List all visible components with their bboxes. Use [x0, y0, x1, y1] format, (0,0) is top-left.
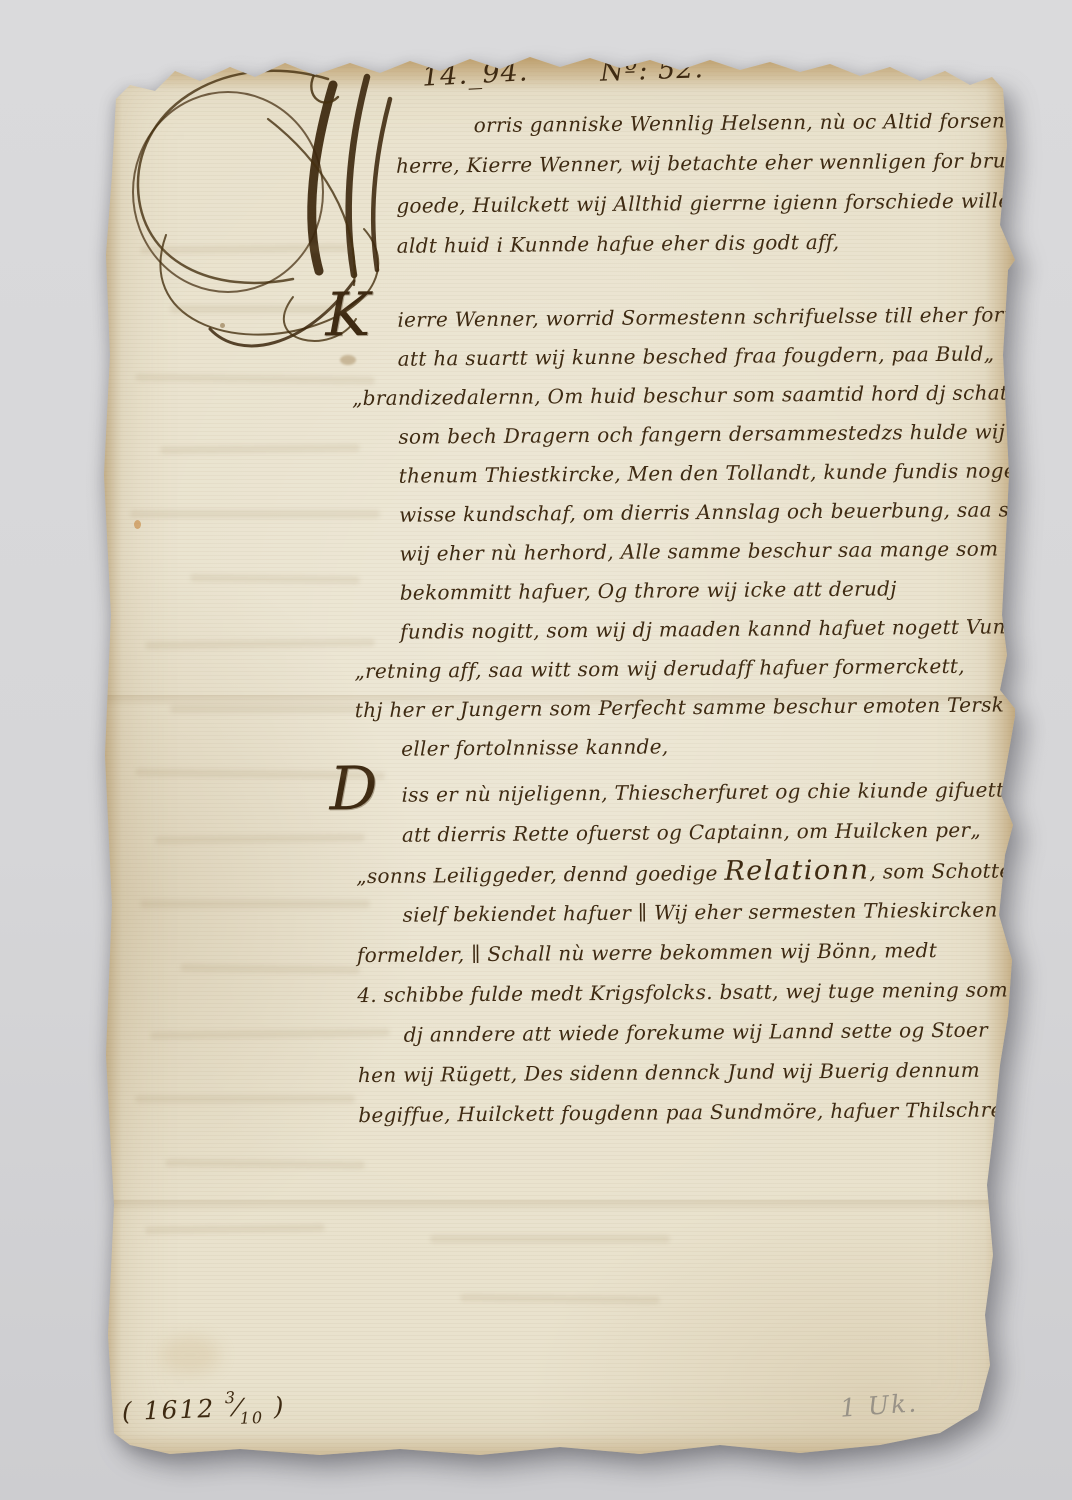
torn-top-edge [100, 55, 1015, 91]
foxing-stain [160, 1335, 220, 1375]
showthrough-line [150, 1028, 390, 1039]
showthrough-line [430, 1235, 670, 1243]
paper-left-edge [100, 55, 122, 1463]
photo-background: 14._94. Nº: 52. orris ganniske Wennlig H… [0, 0, 1072, 1500]
ink-speck [340, 355, 356, 365]
showthrough-line [160, 444, 360, 455]
text-line: goede, Huilckett wij Allthid gierrne igi… [396, 180, 1015, 225]
showthrough-line [155, 834, 365, 845]
text-line: hen wij Rügett, Des sidenn dennck Jund w… [358, 1049, 1015, 1095]
text-line: sielf bekiendet hafuer ∥ Wij eher sermes… [402, 889, 1015, 934]
paper-bottom-edge [100, 1433, 1015, 1463]
text-line: dj anndere att wiede forekume wij Lannd … [403, 1009, 1015, 1054]
date-fraction-denominator: 10 [239, 1408, 264, 1428]
fold-crease [100, 1200, 1015, 1212]
emphasized-word: Relationn [724, 855, 869, 887]
showthrough-line [135, 373, 375, 384]
text-line: aldt huid i Kunnde hafue eher dis godt a… [397, 220, 1015, 265]
text-line: bekommitt hafuer, Og throre wij icke att… [400, 568, 1015, 612]
text-line: wij eher nù herhord, Alle samme beschur … [399, 529, 1015, 573]
text-line: „retning aff, saa witt som wij derudaff … [354, 646, 1015, 691]
letter-body: orris ganniske Wennlig Helsenn, nù oc Al… [396, 100, 1015, 1134]
text-line: thj her er Jungern som Perfecht samme be… [355, 685, 1015, 730]
text-line: Diss er nù nijeligenn, Thiescherfuret og… [401, 769, 1015, 814]
paragraph-initial: D [329, 759, 378, 819]
ink-speck [220, 323, 225, 328]
document-number: Nº: 52. [599, 55, 704, 88]
text-line: att ha suartt wij kunne besched fraa fou… [398, 334, 1015, 378]
showthrough-line [190, 574, 360, 584]
paper-sheet: 14._94. Nº: 52. orris ganniske Wennlig H… [100, 55, 1015, 1463]
text-line: herre, Kierre Wenner, wij betachte eher … [396, 140, 1015, 185]
showthrough-line [460, 1294, 660, 1305]
showthrough-line [180, 964, 360, 975]
paragraph: Diss er nù nijeligenn, Thiescherfuret og… [401, 769, 1015, 1134]
date-prefix: ( 1612 [121, 1394, 215, 1426]
archive-number: 14._94. [421, 56, 529, 93]
text-line: „sonns Leiliggeder, dennd goedige Relati… [356, 849, 1015, 895]
showthrough-line [140, 900, 370, 908]
text-line: att dierris Rette ofuerst og Captainn, o… [402, 809, 1015, 854]
showthrough-line [170, 705, 360, 713]
showthrough-line [165, 1159, 365, 1170]
showthrough-line [130, 510, 380, 518]
showthrough-line [170, 305, 350, 313]
showthrough-line [140, 244, 350, 255]
paragraph: orris ganniske Wennlig Helsenn, nù oc Al… [396, 100, 1015, 265]
text-line: fundis nogitt, som wij dj maaden kannd h… [400, 607, 1015, 651]
manuscript-page: 14._94. Nº: 52. orris ganniske Wennlig H… [0, 0, 1072, 1500]
date-fraction-numerator: 3 [225, 1388, 238, 1407]
showthrough-line [135, 1095, 355, 1103]
showthrough-line [145, 1224, 325, 1235]
text-line: wisse kundschaf, om dierris Annslag och … [399, 490, 1015, 534]
text-line: thenum Thiestkircke, Men den Tollandt, k… [399, 451, 1015, 495]
showthrough-line [145, 638, 375, 649]
date-suffix: ) [273, 1391, 286, 1420]
text-line: eller fortolnnisse kannde, [401, 724, 1015, 768]
text-line: formelder, ∥ Schall nù werre bekommen wi… [357, 929, 1015, 975]
rust-stain [134, 520, 141, 529]
paragraph: Kierre Wenner, worrid Sormestenn schrifu… [397, 295, 1015, 768]
date-annotation: ( 1612 3⁄10 ) [121, 1390, 286, 1430]
paragraph-initial: K [325, 285, 371, 345]
text-line: „brandizedalernn, Om huid beschur som sa… [352, 373, 1015, 418]
text-line: 4. schibbe fulde medt Krigsfolcks. bsatt… [357, 969, 1015, 1015]
text-line: orris ganniske Wennlig Helsenn, nù oc Al… [396, 100, 1015, 145]
text-line: begiffue, Huilckett fougdenn paa Sundmör… [358, 1089, 1015, 1135]
text-line: Kierre Wenner, worrid Sormestenn schrifu… [397, 295, 1015, 339]
text-line: som bech Dragern och fangern dersammeste… [398, 412, 1015, 456]
pencil-note: 1 Uk. [839, 1388, 919, 1422]
